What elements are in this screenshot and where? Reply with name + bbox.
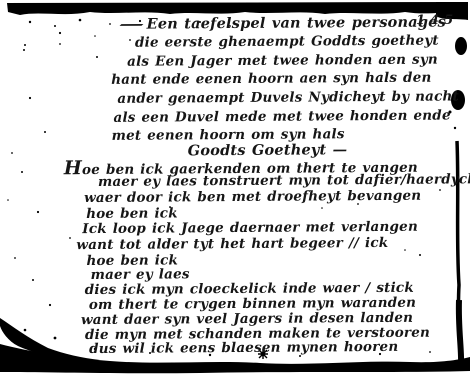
manuscript-line: die eerste ghenaempt Goddts goetheyt xyxy=(135,33,439,51)
manuscript-line: ander genaempt Duvels Nydicheyt by nacht xyxy=(117,88,459,106)
manuscript-line: want tot alder tyt het hart begeer // ic… xyxy=(76,235,388,253)
manuscript-page: 145 Een taefelspel van twee personagesdi… xyxy=(0,0,470,377)
manuscript-line: als Een Jager met twee honden aen syn xyxy=(127,52,438,70)
manuscript-text-block: Een taefelspel van twee personagesdie ee… xyxy=(0,0,470,377)
manuscript-line: Een taefelspel van twee personages xyxy=(125,14,446,33)
manuscript-line: dus wil ick eens blaesen mynen hooren xyxy=(89,339,398,357)
manuscript-line: als een Duvel mede met twee honden ende xyxy=(113,107,450,125)
manuscript-line: waer door ick ben met droefheyt bevangen xyxy=(84,188,421,206)
manuscript-line: hant ende eenen hoorn aen syn hals den xyxy=(111,70,431,88)
